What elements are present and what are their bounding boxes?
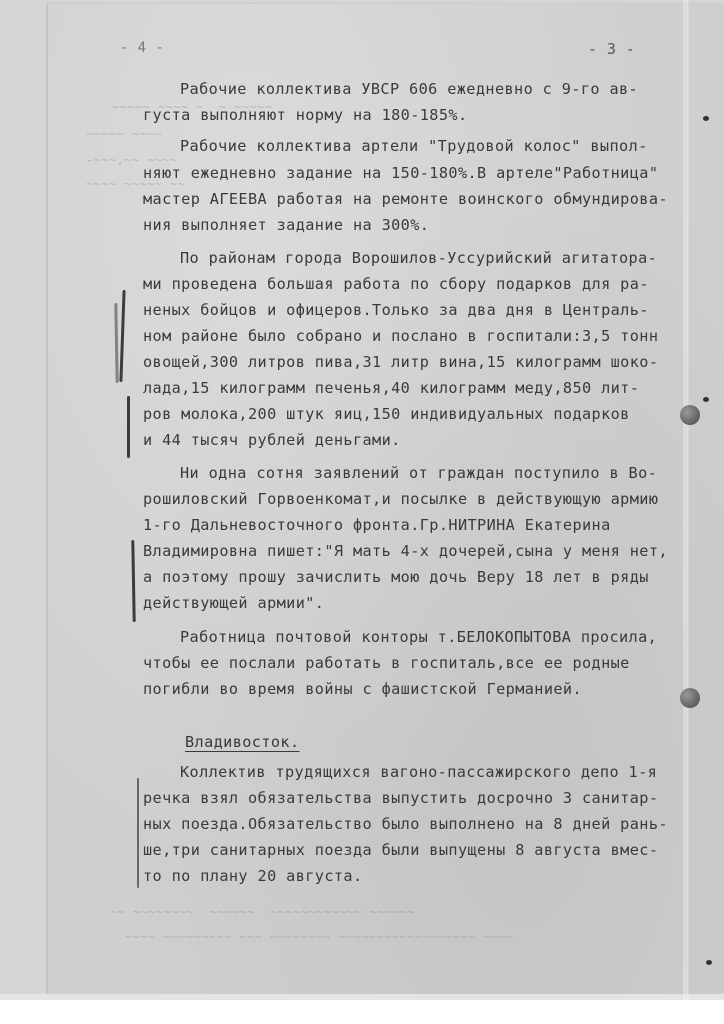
pencil-margin-mark bbox=[119, 290, 125, 382]
text-line: то по плану 20 августа. bbox=[143, 869, 363, 884]
text-line: речка взял обязательства выпустить досро… bbox=[143, 791, 658, 806]
text-line: лада,15 килограмм печенья,40 килограмм м… bbox=[143, 381, 639, 396]
typed-document: ~~~~~ ~~~~ ~ ~ ~~~~~ ~~~~~ ~~~~ -~~~,~~ … bbox=[0, 0, 724, 1000]
text-line: рошиловский Горвоенкомат,и посылке в дей… bbox=[143, 492, 658, 507]
bleed-through-text: ~~~~ ~~~~~~~~~ ~~~ ~~~~~~~~ ~~~~~~~~~~~~… bbox=[125, 930, 514, 944]
text-line: По районам города Ворошилов-Уссурийский … bbox=[180, 251, 657, 266]
pencil-margin-mark bbox=[127, 396, 130, 458]
text-line: погибли во время войны с фашистской Герм… bbox=[143, 682, 582, 697]
text-line: Коллектив трудящихся вагоно-пассажирског… bbox=[180, 765, 657, 780]
text-line: ров молока,200 штук яиц,150 индивидуальн… bbox=[143, 407, 630, 422]
text-line: ния выполняет задание на 300%. bbox=[143, 218, 429, 233]
text-line: няют ежедневно задание на 150-180%.В арт… bbox=[143, 166, 658, 181]
section-heading: Владивосток. bbox=[185, 733, 300, 751]
text-line: действующей армии". bbox=[143, 596, 324, 611]
page-marker-left: - 4 - bbox=[120, 40, 164, 56]
pencil-margin-mark bbox=[137, 778, 139, 888]
text-line: Рабочие коллектива артели "Трудовой коло… bbox=[180, 139, 648, 154]
text-line: Ни одна сотня заявлений от граждан посту… bbox=[180, 466, 657, 481]
text-line: и 44 тысяч рублей деньгами. bbox=[143, 433, 401, 448]
text-line: Владимировна пишет:"Я мать 4-х дочерей,с… bbox=[143, 544, 668, 559]
pencil-margin-mark bbox=[131, 540, 135, 622]
bleed-through-text: ~~~~~ ~~~~ bbox=[86, 127, 162, 141]
text-line: ми проведена большая работа по сбору под… bbox=[143, 277, 649, 292]
text-line: ном районе было собрано и послано в госп… bbox=[143, 329, 658, 344]
text-line: неных бойцов и офицеров.Только за два дн… bbox=[143, 303, 649, 318]
text-line: Работница почтовой конторы т.БЕЛОКОПЫТОВ… bbox=[180, 630, 657, 645]
text-line: 1-го Дальневосточного фронта.Гр.НИТРИНА … bbox=[143, 518, 611, 533]
pencil-margin-mark bbox=[114, 303, 118, 383]
page-number: - 3 - bbox=[588, 40, 635, 58]
text-line: мастер АГЕЕВА работая на ремонте воинско… bbox=[143, 192, 668, 207]
text-line: ных поезда.Обязательство было выполнено … bbox=[143, 817, 668, 832]
text-line: чтобы ее послали работать в госпиталь,вс… bbox=[143, 656, 630, 671]
text-line: Рабочие коллектива УВСР 606 ежедневно с … bbox=[180, 82, 638, 97]
text-line: а поэтому прошу зачислить мою дочь Веру … bbox=[143, 570, 649, 585]
text-line: ше,три санитарных поезда были выпущены 8… bbox=[143, 843, 658, 858]
bleed-through-text: ~~ ~~~~~~~~ ~~~~~~ ~~~~~~~~~~~~ ~~~~~~ bbox=[110, 905, 415, 919]
text-line: густа выполняют норму на 180-185%. bbox=[143, 108, 467, 123]
text-line: овощей,300 литров пива,31 литр вина,15 к… bbox=[143, 355, 658, 370]
